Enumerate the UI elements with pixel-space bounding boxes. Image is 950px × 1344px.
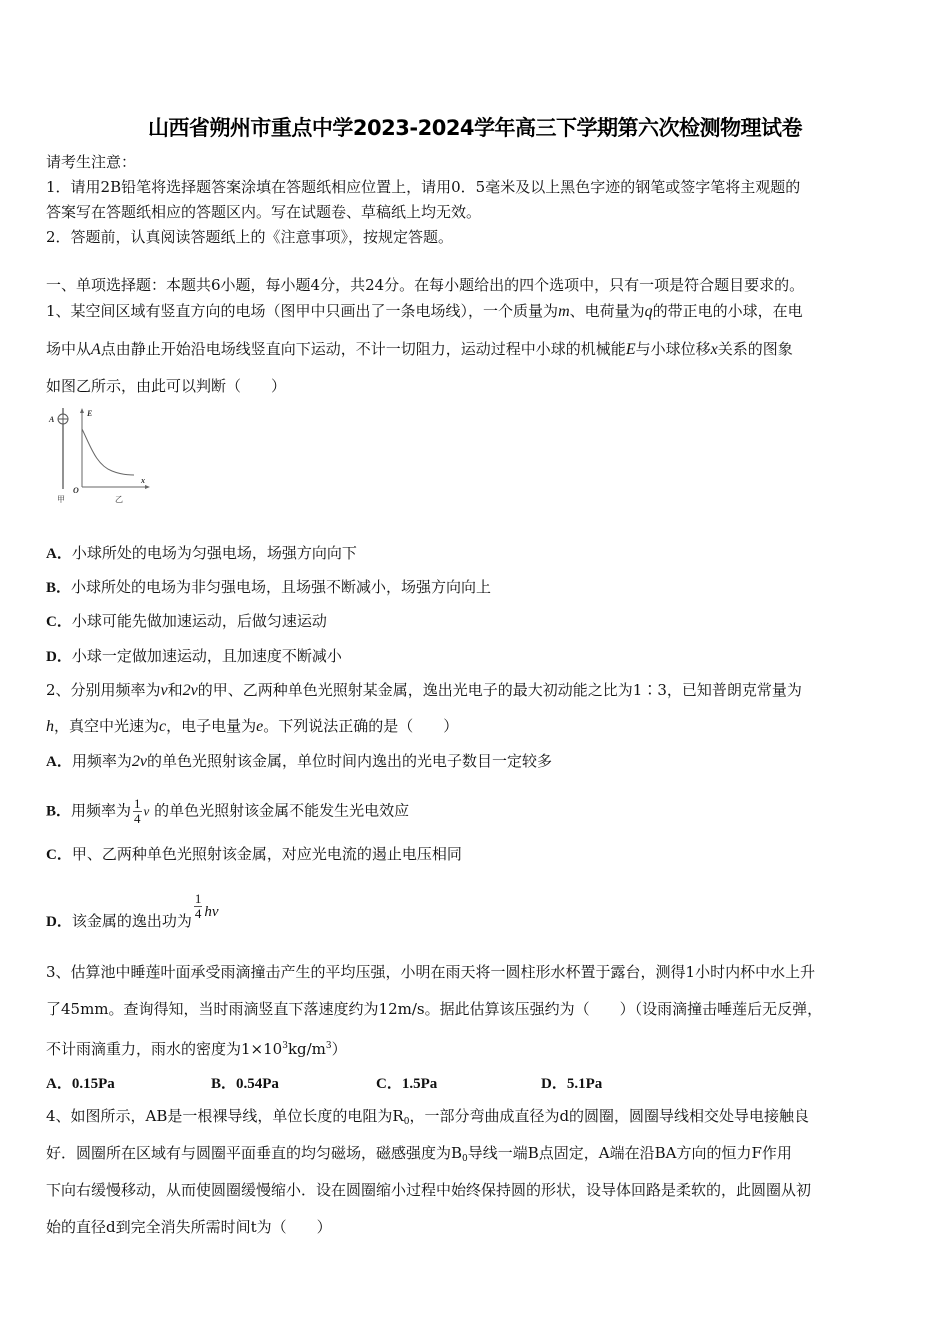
q2-text: 和 <box>168 681 183 699</box>
option-label: A． <box>46 1076 72 1092</box>
option-label: B． <box>211 1076 236 1092</box>
section-heading: 一、单项选择题：本题共6小题，每小题4分，共24分。在每小题给出的四个选项中，只… <box>46 275 804 295</box>
q4-text: ，一部分弯曲成直径为d的圆圈，圆圈导线相交处导电接触良 <box>409 1107 809 1125</box>
option-label: D． <box>541 1076 567 1092</box>
q1-text: 1、某空间区域有竖直方向的电场（图甲中只画出了一条电场线），一个质量为 <box>46 302 558 320</box>
var-E: E <box>626 341 636 358</box>
q1-figure: A 甲 E x O 乙 <box>46 405 156 505</box>
option-text: 0.54Pa <box>236 1076 279 1092</box>
q1-text: 的带正电的小球，在电 <box>653 302 803 320</box>
var-hv: hv <box>204 904 218 920</box>
q4-stem-line-1: 4、如图所示，AB是一根裸导线，单位长度的电阻为R0，一部分弯曲成直径为d的圆圈… <box>46 1106 809 1132</box>
q3-stem-line-3: 不计雨滴重力，雨水的密度为1×103kg/m3） <box>46 1036 347 1059</box>
q1-option-c: C．小球可能先做加速运动，后做匀速运动 <box>46 611 327 632</box>
var-2v: 2v <box>183 682 198 699</box>
option-text: 小球所处的电场为匀强电场，场强方向向下 <box>72 544 357 562</box>
q2-option-c: C．甲、乙两种单色光照射该金属，对应光电流的遏止电压相同 <box>46 844 462 865</box>
var-m: m <box>558 303 570 320</box>
electric-field-energy-diagram: A 甲 E x O 乙 <box>46 405 156 505</box>
q1-stem-line-2: 场中从A点由静止开始沿电场线竖直向下运动，不计一切阻力，运动过程中小球的机械能E… <box>46 339 793 360</box>
var-v: v <box>144 804 150 819</box>
notice-line-1: 1．请用2B铅笔将选择题答案涂填在答题纸相应位置上，请用0．5毫米及以上黑色字迹… <box>46 177 800 197</box>
q2-stem-line-2: h，真空中光速为c，电子电量为e。下列说法正确的是（ ） <box>46 716 458 737</box>
notice-heading: 请考生注意： <box>46 152 136 172</box>
q4-text: 导线一端B点固定，A端在沿BA方向的恒力F作用 <box>468 1144 792 1162</box>
q3-option-a: A．0.15Pa <box>46 1072 115 1093</box>
fraction-denominator: 4 <box>194 907 203 921</box>
point-a-label: A <box>48 415 55 424</box>
q3-text: kg/m <box>288 1040 326 1058</box>
q1-text: 与小球位移 <box>636 340 711 358</box>
q2-stem-line-1: 2、分别用频率为v和2v的甲、乙两种单色光照射某金属，逸出光电子的最大初动能之比… <box>46 680 802 701</box>
option-text: 用频率为 <box>71 802 131 820</box>
q4-stem-line-3: 下向右缓慢移动，从而使圆圈缓慢缩小．设在圆圈缩小过程中始终保持圆的形状，设导体回… <box>46 1180 811 1200</box>
option-label: B． <box>46 804 71 820</box>
exam-page: 山西省朔州市重点中学2023-2024学年高三下学期第六次检测物理试卷 请考生注… <box>0 0 950 1344</box>
q4-text: 好．圆圈所在区域有与圆圈平面垂直的均匀磁场，磁感强度为B <box>46 1144 462 1162</box>
option-text: 甲、乙两种单色光照射该金属，对应光电流的遏止电压相同 <box>72 845 462 863</box>
page-title: 山西省朔州市重点中学2023-2024学年高三下学期第六次检测物理试卷 <box>0 112 950 142</box>
option-text: 0.15Pa <box>72 1076 115 1092</box>
var-A: A <box>91 341 101 358</box>
fraction-numerator: 1 <box>194 892 203 907</box>
q2-option-a: A．用频率为2v的单色光照射该金属，单位时间内逸出的光电子数目一定较多 <box>46 751 552 772</box>
fraction-denominator: 4 <box>133 812 142 826</box>
q1-stem-line-1: 1、某空间区域有竖直方向的电场（图甲中只画出了一条电场线），一个质量为m、电荷量… <box>46 301 803 322</box>
fraction: 14 <box>133 797 142 826</box>
var-x: x <box>711 341 718 358</box>
q4-stem-line-2: 好．圆圈所在区域有与圆圈平面垂直的均匀磁场，磁感强度为B0导线一端B点固定，A端… <box>46 1143 792 1169</box>
q3-stem-line-2: 了45mm。查询得知，当时雨滴竖直下落速度约为12m/s。据此估算该压强约为（ … <box>46 999 822 1019</box>
q3-option-d: D．5.1Pa <box>541 1072 602 1093</box>
figure-jia-caption: 甲 <box>57 495 65 504</box>
q1-option-d: D．小球一定做加速运动，且加速度不断减小 <box>46 646 342 667</box>
option-text: 小球一定做加速运动，且加速度不断减小 <box>72 647 342 665</box>
q1-text: 、电荷量为 <box>570 302 645 320</box>
y-axis-label: E <box>86 409 92 418</box>
q2-option-d: D．该金属的逸出功为14hv <box>46 892 219 932</box>
q1-text: 关系的图象 <box>718 340 793 358</box>
option-label: A． <box>46 754 72 770</box>
q2-text: 。下列说法正确的是（ ） <box>263 717 458 735</box>
option-label: C． <box>46 847 72 863</box>
option-label: B． <box>46 580 71 596</box>
option-text: 该金属的逸出功为 <box>72 912 192 930</box>
q2-text: ，真空中光速为 <box>54 717 159 735</box>
option-label: C． <box>376 1076 402 1092</box>
option-text: 的单色光照射该金属，单位时间内逸出的光电子数目一定较多 <box>147 752 552 770</box>
fraction: 14 <box>194 892 203 921</box>
figure-yi-caption: 乙 <box>115 495 123 504</box>
q1-option-a: A．小球所处的电场为匀强电场，场强方向向下 <box>46 543 357 564</box>
q1-stem-line-3: 如图乙所示，由此可以判断（ ） <box>46 376 286 396</box>
var-v: v <box>161 682 168 699</box>
notice-line-3: 2．答题前，认真阅读答题纸上的《注意事项》，按规定答题。 <box>46 227 453 247</box>
option-text: 5.1Pa <box>567 1076 602 1092</box>
q1-text: 点由静止开始沿电场线竖直向下运动，不计一切阻力，运动过程中小球的机械能 <box>101 340 626 358</box>
q2-text: ，电子电量为 <box>166 717 256 735</box>
option-text: 1.5Pa <box>402 1076 437 1092</box>
q3-stem-line-1: 3、估算池中睡莲叶面承受雨滴撞击产生的平均压强，小明在雨天将一圆柱形水杯置于露台… <box>46 962 815 982</box>
option-text: 用频率为 <box>72 752 132 770</box>
q4-stem-line-4: 始的直径d到完全消失所需时间t为（ ） <box>46 1217 332 1237</box>
x-axis-label: x <box>140 476 145 485</box>
option-label: A． <box>46 546 72 562</box>
q3-options: A．0.15Pa B．0.54Pa C．1.5Pa D．5.1Pa <box>46 1072 746 1092</box>
q1-option-b: B．小球所处的电场为非匀强电场，且场强不断减小，场强方向向上 <box>46 577 491 598</box>
q2-text: 2、分别用频率为 <box>46 681 161 699</box>
q1-text: 场中从 <box>46 340 91 358</box>
option-label: D． <box>46 649 72 665</box>
q4-text: 4、如图所示，AB是一根裸导线，单位长度的电阻为R <box>46 1107 404 1125</box>
var-h: h <box>46 718 54 735</box>
option-label: D． <box>46 914 72 930</box>
q3-text: ） <box>332 1040 347 1058</box>
fraction-numerator: 1 <box>133 797 142 812</box>
notice-line-2: 答案写在答题纸相应的答题区内。写在试题卷、草稿纸上均无效。 <box>46 202 481 222</box>
q2-text: 的甲、乙两种单色光照射某金属，逸出光电子的最大初动能之比为1∶3，已知普朗克常量… <box>198 681 802 699</box>
option-label: C． <box>46 614 72 630</box>
q2-option-b: B．用频率为14v 的单色光照射该金属不能发生光电效应 <box>46 797 409 826</box>
var-2v: 2v <box>132 753 147 770</box>
q3-option-c: C．1.5Pa <box>376 1072 437 1093</box>
option-text: 的单色光照射该金属不能发生光电效应 <box>154 802 409 820</box>
q3-text: 不计雨滴重力，雨水的密度为1×10 <box>46 1040 282 1058</box>
var-q: q <box>645 303 653 320</box>
origin-label: O <box>73 486 79 495</box>
q3-option-b: B．0.54Pa <box>211 1072 279 1093</box>
option-text: 小球可能先做加速运动，后做匀速运动 <box>72 612 327 630</box>
option-text: 小球所处的电场为非匀强电场，且场强不断减小，场强方向向上 <box>71 578 491 596</box>
